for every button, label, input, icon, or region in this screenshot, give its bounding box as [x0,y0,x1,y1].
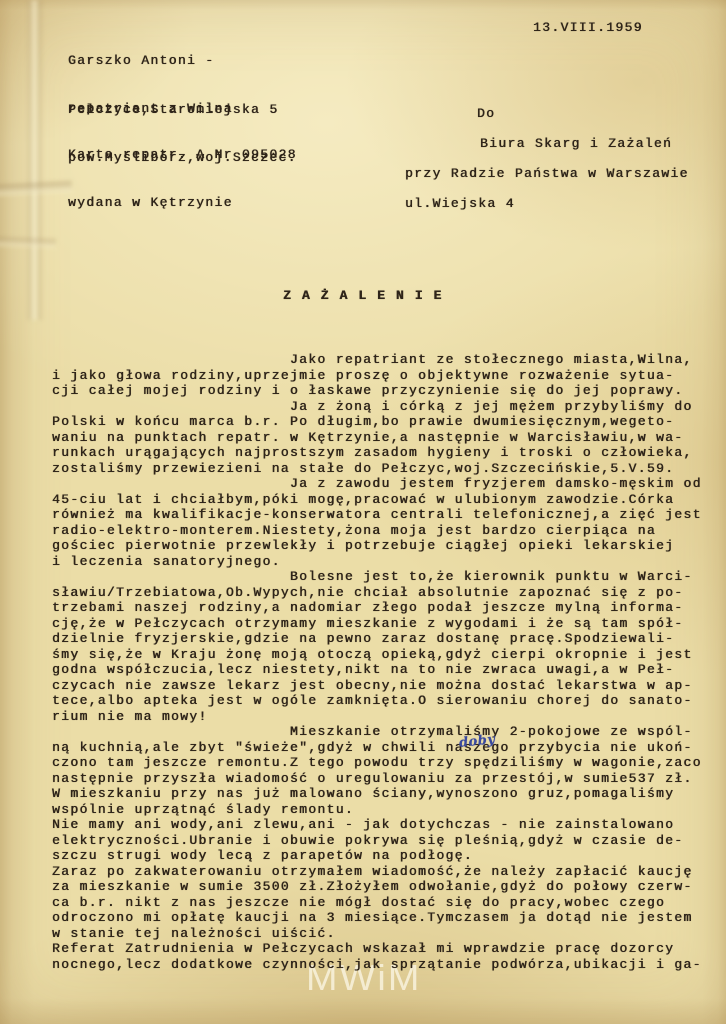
body-line: Mieszkanie otrzymaliśmy 2-pokojowe ze ws… [52,724,720,740]
body-line: ną kuchnią,ale zbyt "świeże",gdyż w chwi… [52,740,720,756]
letter-body: Jako repatriant ze stołecznego miasta,Wi… [52,352,720,972]
body-line: śmy się,że w Kraju żonę moją otoczą opie… [52,647,720,663]
body-line: W mieszkaniu przy nas już malowano ścian… [52,786,720,802]
sender-name: Garszko Antoni - [68,53,233,69]
body-line: sławiu/Trzebiatowa,Ob.Wypych,nie chciał … [52,585,720,601]
recipient-block: Do Biura Skarg i Zażaleń przy Radzie Pań… [405,106,689,226]
letter-date: 13.VIII.1959 [533,20,643,35]
body-line: również ma kwalifikacje-konserwatora cen… [52,507,720,523]
body-line: tece,albo apteka jest w ogóle zamknięta.… [52,693,720,709]
body-line: czycach nie zawsze lekarz jest obecny,ni… [52,678,720,694]
body-line: trzebami naszej rodziny,a nadomiar złego… [52,600,720,616]
card-number: Karta repatr. A Nr 095028 [68,147,297,163]
body-line: szczu strugi wody lecą z parapetów na po… [52,848,720,864]
body-line: waniu na punktach repatr. w Kętrzynie,a … [52,430,720,446]
paper-wrinkle [0,237,56,248]
body-line: Zaraz po zakwaterowaniu otrzymałem wiado… [52,864,720,880]
body-line: Referat Zatrudnienia w Pełczycach wskaza… [52,941,720,957]
body-line: cji całej mojej rodziny i o łaskawe przy… [52,383,720,399]
body-line: Bolesne jest to,że kierownik punktu w Wa… [52,569,720,585]
body-line: godna współczucia,lecz niestety,nikt na … [52,662,720,678]
paper-wrinkle [0,181,72,196]
body-line: następnie przyszła wiadomość o uregulowa… [52,771,720,787]
recipient-office: Biura Skarg i Zażaleń [405,136,689,152]
body-line: za mieszkanie w sumie 3500 zł.Złożyłem o… [52,879,720,895]
body-line: Ja z żoną i córką z jej mężem przybyliśm… [52,399,720,415]
recipient-institution: przy Radzie Państwa w Warszawie [405,166,689,182]
body-line: 45-ciu lat i chciałbym,póki mogę,pracowa… [52,492,720,508]
body-line: i leczenia sanatoryjnego. [52,554,720,570]
body-line: zostaliśmy przewiezieni na stałe do Pełc… [52,461,720,477]
card-issue-place: wydana w Kętrzynie [68,195,297,211]
paper-fold-crease [28,0,43,320]
body-line: dzielnie fryzjerskie,gdzie na pewno zara… [52,631,720,647]
letter-title: Z A Ż A L E N I E [0,288,726,303]
body-line: Polski w końcu marca b.r. Po długim,bo p… [52,414,720,430]
body-line: Jako repatriant ze stołecznego miasta,Wi… [52,352,720,368]
repatriation-card-block: Karta repatr. A Nr 095028 wydana w Kętrz… [68,115,297,243]
body-line: Nie mamy ani wody,ani zlewu,ani - jak do… [52,817,720,833]
letter-page: MWiM Garszko Antoni - repatriant z Wilna… [0,0,726,1024]
body-line: w stanie tej należności uiścić. [52,926,720,942]
body-line: Ja z zawodu jestem fryzjerem damsko-męsk… [52,476,720,492]
body-line: rium nie ma mowy! [52,709,720,725]
body-line: gościec pierwotnie przewlekły i potrzebu… [52,538,720,554]
recipient-street: ul.Wiejska 4 [405,196,689,212]
body-line: i jako głowa rodziny,uprzejmie proszę o … [52,368,720,384]
body-line: elektryczności.Ubranie i obuwie pokrywa … [52,833,720,849]
body-line: wspólnie uprzątnąć ślady remontu. [52,802,720,818]
body-line: czono tam jeszcze remontu.Z tego powodu … [52,755,720,771]
body-line: odroczono mi opłatę kaucji na 3 miesiące… [52,910,720,926]
body-line: runkach urągających najprostszym zasadom… [52,445,720,461]
body-line: radio-elektro-monterem.Niestety,żona moj… [52,523,720,539]
recipient-salutation: Do [405,106,689,122]
body-line: ca b.r. nikt z nas jeszcze nie mógł dost… [52,895,720,911]
body-line: cję,że w Pełczycach otrzymamy mieszkanie… [52,616,720,632]
body-line: nocnego,lecz dodatkowe czynności,jak spr… [52,957,720,973]
